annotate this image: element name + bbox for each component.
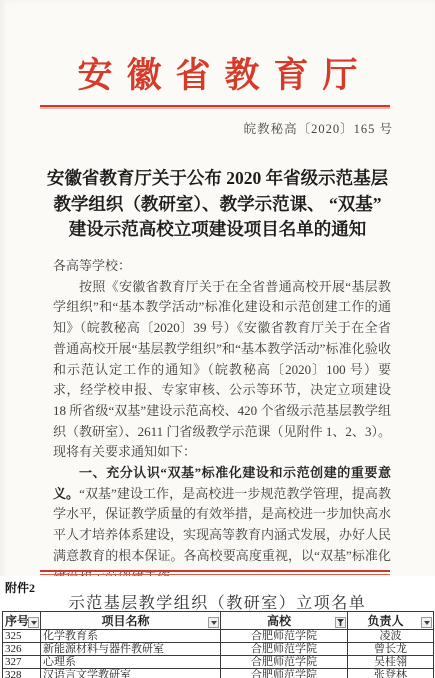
column-header-label: 负责人: [367, 614, 403, 628]
section-text: “双基”建设工作，是高校进一步规范教学管理，提高教学水平，保证教学质量的有效举措…: [53, 486, 391, 584]
filter-dropdown-button[interactable]: [421, 617, 432, 628]
cell-project: 化学教育系: [41, 630, 221, 643]
column-header-serial: 序号: [3, 612, 41, 630]
column-header-label: 序号: [5, 614, 29, 628]
column-header-leader: 负责人: [348, 612, 434, 630]
filter-dropdown-button[interactable]: [208, 617, 219, 628]
filter-dropdown-button[interactable]: [28, 617, 39, 628]
cell-serial: 327: [3, 656, 41, 669]
cell-school: 合肥师范学院: [221, 630, 348, 643]
chevron-down-icon: [424, 621, 430, 625]
table-row: 327 心理系 合肥师范学院 吴桂翎: [3, 656, 434, 669]
agency-title: 安徽省教育厅: [0, 48, 435, 98]
cell-school: 合肥师范学院: [221, 656, 348, 669]
scanned-notice-page: 安徽省教育厅 皖教秘高〔2020〕165 号 安徽省教育厅关于公布 2020 年…: [0, 0, 435, 678]
chevron-down-icon: [211, 621, 217, 625]
attachment-table-title: 示范基层教学组织（教研室）立项名单: [0, 590, 435, 613]
cell-school: 合肥师范学院: [221, 669, 348, 678]
cell-serial: 328: [3, 669, 41, 678]
paragraph-section-one: 一、充分认识“双基”标准化建设和示范创建的重要意义。“双基”建设工作，是高校进一…: [53, 463, 391, 587]
letterhead-divider: [40, 105, 390, 107]
cell-project: 心理系: [41, 656, 221, 669]
cell-project: 新能源材料与器件教研室: [41, 643, 221, 656]
paragraph-basis: 按照《安徽省教育厅关于在全省普通高校开展“基层教学组织”和“基本教学活动”标准化…: [53, 277, 391, 463]
salutation: 各高等学校：: [53, 256, 391, 277]
cell-school: 合肥师范学院: [221, 643, 348, 656]
cell-leader: 凌波: [348, 630, 434, 643]
chevron-down-icon: [31, 621, 37, 625]
table-row: 325 化学教育系 合肥师范学院 凌波: [3, 630, 434, 643]
cell-leader: 曾长龙: [348, 643, 434, 656]
table-header-row: 序号 项目名称 高校 负责人: [3, 612, 434, 630]
table-row: 328 汉语言文学教研室 合肥师范学院 张登林: [3, 669, 434, 678]
column-header-school: 高校: [221, 612, 348, 630]
attachment-divider: [40, 570, 390, 575]
funnel-icon: [337, 619, 344, 626]
notice-body: 各高等学校： 按照《安徽省教育厅关于在全省普通高校开展“基层教学组织”和“基本教…: [53, 256, 391, 587]
cell-leader: 张登林: [348, 669, 434, 678]
notice-title: 安徽省教育厅关于公布 2020 年省级示范基层 教学组织（教研室）、教学示范课、…: [15, 166, 420, 243]
column-header-label: 高校: [267, 614, 291, 628]
cell-leader: 吴桂翎: [348, 656, 434, 669]
cell-serial: 326: [3, 643, 41, 656]
table-row: 326 新能源材料与器件教研室 合肥师范学院 曾长龙: [3, 643, 434, 656]
column-header-label: 项目名称: [101, 614, 149, 628]
notice-title-line-1: 安徽省教育厅关于公布 2020 年省级示范基层: [15, 166, 420, 192]
notice-title-line-3: 建设示范高校立项建设项目名单的通知: [15, 217, 420, 243]
column-header-project: 项目名称: [41, 612, 221, 630]
attachment-table: 序号 项目名称 高校 负责人 325 化学教育: [2, 611, 434, 678]
cell-project: 汉语言文学教研室: [41, 669, 221, 678]
notice-title-line-2: 教学组织（教研室）、教学示范课、 “双基”: [15, 192, 420, 218]
document-number: 皖教秘高〔2020〕165 号: [244, 119, 393, 137]
filter-funnel-button[interactable]: [335, 617, 346, 628]
cell-serial: 325: [3, 630, 41, 643]
